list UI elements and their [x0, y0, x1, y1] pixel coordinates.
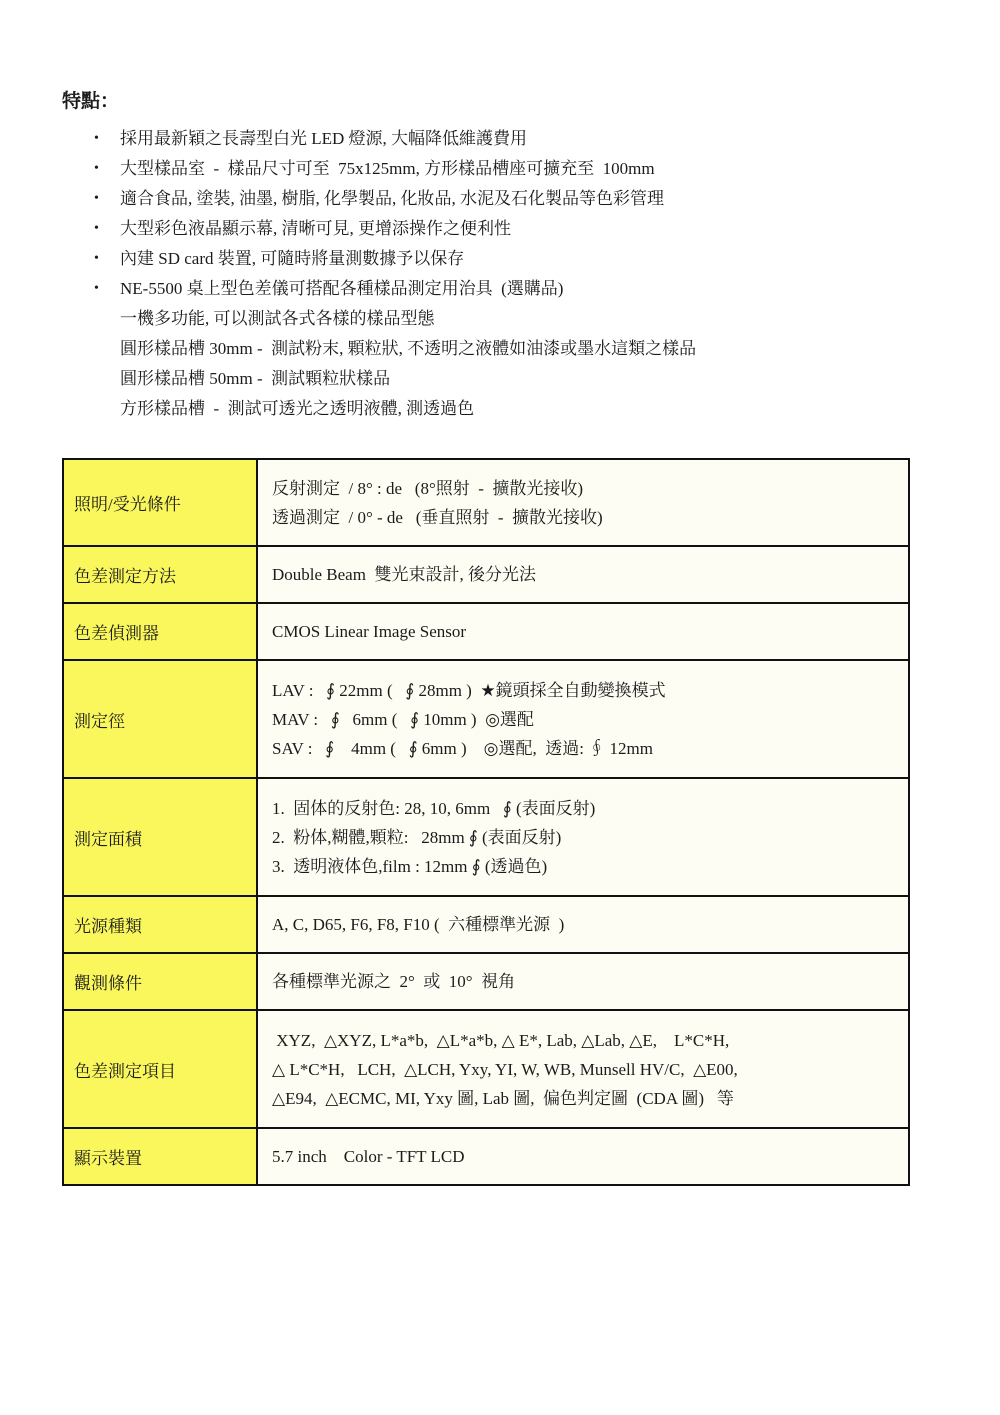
spec-row-label: 觀測條件 — [63, 953, 257, 1010]
table-row: 光源種類 A, C, D65, F6, F8, F10 ( 六種標準光源 ) — [63, 896, 909, 953]
feature-bullet-text: 大型彩色液晶顯示幕, 清晰可見, 更增添操作之便利性 — [120, 219, 511, 238]
table-row: 照明/受光條件 反射測定 / 8° : de (8°照射 - 擴散光接收) 透過… — [63, 459, 909, 546]
bullet-icon: • — [94, 184, 99, 214]
bullet-icon: • — [94, 274, 99, 304]
spec-row-label: 色差測定項目 — [63, 1010, 257, 1128]
spec-line: SAV : ∮ 4mm ( ∮ 6mm ) ◎選配, 透過: ∮ 12mm — [272, 734, 896, 763]
spec-row-value: A, C, D65, F6, F8, F10 ( 六種標準光源 ) — [257, 896, 909, 953]
feature-bullet-text: 內建 SD card 裝置, 可隨時將量測數據予以保存 — [120, 249, 464, 268]
spec-line: 2. 粉体,糊體,顆粒: 28mm ∮ (表面反射) — [272, 823, 896, 852]
spec-row-value: CMOS Linear Image Sensor — [257, 603, 909, 660]
spec-line: XYZ, △XYZ, L*a*b, △L*a*b, △ E*, Lab, △La… — [272, 1026, 896, 1055]
spec-line: LAV : ∮ 22mm ( ∮ 28mm ) ★鏡頭採全自動變換模式 — [272, 676, 896, 705]
table-row: 觀測條件 各種標準光源之 2° 或 10° 視角 — [63, 953, 909, 1010]
spec-line: A, C, D65, F6, F8, F10 ( 六種標準光源 ) — [272, 910, 896, 939]
document-content: 特點： •採用最新穎之長壽型白光 LED 燈源, 大幅降低維護費用 •大型樣品室… — [0, 0, 1000, 1186]
spec-line: MAV : ∮ 6mm ( ∮ 10mm ) ◎選配 — [272, 705, 896, 734]
feature-bullet-item: •NE-5500 桌上型色差儀可搭配各種樣品測定用治具 (選購品) — [62, 274, 940, 304]
feature-bullet-item: •大型彩色液晶顯示幕, 清晰可見, 更增添操作之便利性 — [62, 214, 940, 244]
feature-bullet-item: •內建 SD card 裝置, 可隨時將量測數據予以保存 — [62, 244, 940, 274]
bullet-icon: • — [94, 124, 99, 154]
spec-line: 5.7 inch Color - TFT LCD — [272, 1142, 896, 1171]
spec-row-value: 1. 固体的反射色: 28, 10, 6mm ∮ (表面反射) 2. 粉体,糊體… — [257, 778, 909, 896]
spec-row-label: 色差偵測器 — [63, 603, 257, 660]
spec-row-label: 光源種類 — [63, 896, 257, 953]
spec-row-label: 測定徑 — [63, 660, 257, 778]
table-row: 色差偵測器 CMOS Linear Image Sensor — [63, 603, 909, 660]
spec-row-label: 測定面積 — [63, 778, 257, 896]
spec-line: △ L*C*H, LCH, △LCH, Yxy, YI, W, WB, Muns… — [272, 1055, 896, 1084]
bullet-icon: • — [94, 214, 99, 244]
feature-bullet-text: 採用最新穎之長壽型白光 LED 燈源, 大幅降低維護費用 — [120, 129, 527, 148]
spec-row-value: Double Beam 雙光束設計, 後分光法 — [257, 546, 909, 603]
spec-line: △E94, △ECMC, MI, Yxy 圖, Lab 圖, 偏色判定圖 (CD… — [272, 1084, 896, 1113]
bullet-icon: • — [94, 154, 99, 184]
spec-row-value: 反射測定 / 8° : de (8°照射 - 擴散光接收) 透過測定 / 0° … — [257, 459, 909, 546]
feature-bullet-text: NE-5500 桌上型色差儀可搭配各種樣品測定用治具 (選購品) — [120, 279, 563, 298]
spec-line: 3. 透明液体色,film : 12mm ∮ (透過色) — [272, 852, 896, 881]
feature-bullet-item: •適合食品, 塗裝, 油墨, 樹脂, 化學製品, 化妝品, 水泥及石化製品等色彩… — [62, 184, 940, 214]
spec-table: 照明/受光條件 反射測定 / 8° : de (8°照射 - 擴散光接收) 透過… — [62, 458, 910, 1186]
feature-sub-line: 方形樣品槽 - 測試可透光之透明液體, 測透過色 — [62, 394, 940, 424]
spec-line: 透過測定 / 0° - de (垂直照射 - 擴散光接收) — [272, 503, 896, 532]
spec-line: 反射測定 / 8° : de (8°照射 - 擴散光接收) — [272, 474, 896, 503]
table-row: 顯示裝置 5.7 inch Color - TFT LCD — [63, 1128, 909, 1185]
spec-row-value: XYZ, △XYZ, L*a*b, △L*a*b, △ E*, Lab, △La… — [257, 1010, 909, 1128]
feature-bullet-item: •採用最新穎之長壽型白光 LED 燈源, 大幅降低維護費用 — [62, 124, 940, 154]
table-row: 色差測定項目 XYZ, △XYZ, L*a*b, △L*a*b, △ E*, L… — [63, 1010, 909, 1128]
spec-row-label: 顯示裝置 — [63, 1128, 257, 1185]
feature-bullet-text: 適合食品, 塗裝, 油墨, 樹脂, 化學製品, 化妝品, 水泥及石化製品等色彩管… — [120, 189, 664, 208]
spec-row-value: 各種標準光源之 2° 或 10° 視角 — [257, 953, 909, 1010]
feature-sub-lines: 一機多功能, 可以測試各式各樣的樣品型態 圓形樣品槽 30mm - 測試粉末, … — [62, 304, 940, 424]
feature-bullet-text: 大型樣品室 - 樣品尺寸可至 75x125mm, 方形樣品槽座可擴充至 100m… — [120, 159, 655, 178]
table-row: 測定徑 LAV : ∮ 22mm ( ∮ 28mm ) ★鏡頭採全自動變換模式 … — [63, 660, 909, 778]
table-row: 色差測定方法 Double Beam 雙光束設計, 後分光法 — [63, 546, 909, 603]
spec-row-label: 照明/受光條件 — [63, 459, 257, 546]
spec-row-value: 5.7 inch Color - TFT LCD — [257, 1128, 909, 1185]
spec-row-value: LAV : ∮ 22mm ( ∮ 28mm ) ★鏡頭採全自動變換模式 MAV … — [257, 660, 909, 778]
feature-sub-line: 圓形樣品槽 50mm - 測試顆粒狀樣品 — [62, 364, 940, 394]
document-page: 特點： •採用最新穎之長壽型白光 LED 燈源, 大幅降低維護費用 •大型樣品室… — [0, 0, 1000, 1415]
table-row: 測定面積 1. 固体的反射色: 28, 10, 6mm ∮ (表面反射) 2. … — [63, 778, 909, 896]
feature-sub-line: 圓形樣品槽 30mm - 測試粉末, 顆粒狀, 不透明之液體如油漆或墨水這類之樣… — [62, 334, 940, 364]
spec-line: 1. 固体的反射色: 28, 10, 6mm ∮ (表面反射) — [272, 794, 896, 823]
spec-line: Double Beam 雙光束設計, 後分光法 — [272, 560, 896, 589]
features-list: •採用最新穎之長壽型白光 LED 燈源, 大幅降低維護費用 •大型樣品室 - 樣… — [62, 124, 940, 304]
spec-line: CMOS Linear Image Sensor — [272, 617, 896, 646]
feature-sub-line: 一機多功能, 可以測試各式各樣的樣品型態 — [62, 304, 940, 334]
bullet-icon: • — [94, 244, 99, 274]
features-title: 特點： — [62, 88, 940, 116]
spec-row-label: 色差測定方法 — [63, 546, 257, 603]
feature-bullet-item: •大型樣品室 - 樣品尺寸可至 75x125mm, 方形樣品槽座可擴充至 100… — [62, 154, 940, 184]
spec-line: 各種標準光源之 2° 或 10° 視角 — [272, 967, 896, 996]
